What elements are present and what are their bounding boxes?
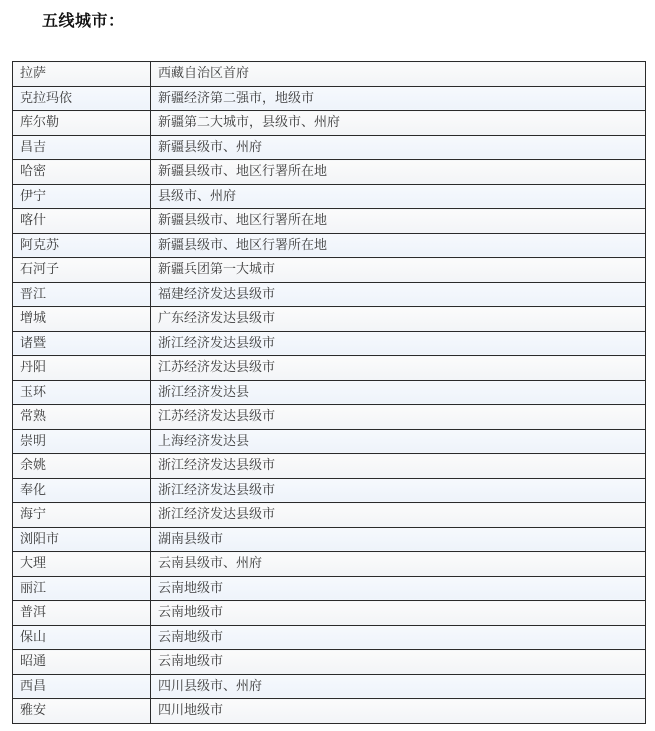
city-name-cell: 雅安: [13, 699, 151, 724]
city-description-cell: 浙江经济发达县级市: [151, 503, 646, 528]
city-description-cell: 四川地级市: [151, 699, 646, 724]
city-name-cell: 昭通: [13, 650, 151, 675]
table-row: 昭通云南地级市: [13, 650, 646, 675]
table-row: 石河子新疆兵团第一大城市: [13, 258, 646, 283]
city-name-cell: 阿克苏: [13, 233, 151, 258]
table-row: 海宁浙江经济发达县级市: [13, 503, 646, 528]
table-row: 玉环浙江经济发达县: [13, 380, 646, 405]
city-description-cell: 浙江经济发达县级市: [151, 478, 646, 503]
city-name-cell: 玉环: [13, 380, 151, 405]
city-description-cell: 西藏自治区首府: [151, 62, 646, 87]
table-row: 阿克苏新疆县级市、地区行署所在地: [13, 233, 646, 258]
city-name-cell: 石河子: [13, 258, 151, 283]
city-description-cell: 浙江经济发达县级市: [151, 454, 646, 479]
city-name-cell: 浏阳市: [13, 527, 151, 552]
city-name-cell: 普洱: [13, 601, 151, 626]
city-name-cell: 晋江: [13, 282, 151, 307]
city-description-cell: 上海经济发达县: [151, 429, 646, 454]
city-description-cell: 云南地级市: [151, 650, 646, 675]
table-row: 伊宁县级市、州府: [13, 184, 646, 209]
city-name-cell: 喀什: [13, 209, 151, 234]
city-description-cell: 四川县级市、州府: [151, 674, 646, 699]
table-row: 哈密新疆县级市、地区行署所在地: [13, 160, 646, 185]
table-row: 余姚浙江经济发达县级市: [13, 454, 646, 479]
table-row: 雅安四川地级市: [13, 699, 646, 724]
city-name-cell: 昌吉: [13, 135, 151, 160]
table-row: 西昌四川县级市、州府: [13, 674, 646, 699]
city-description-cell: 新疆县级市、地区行署所在地: [151, 209, 646, 234]
table-row: 崇明上海经济发达县: [13, 429, 646, 454]
city-description-cell: 浙江经济发达县: [151, 380, 646, 405]
city-name-cell: 诸暨: [13, 331, 151, 356]
page-title: 五线城市：: [42, 8, 125, 31]
table-row: 普洱云南地级市: [13, 601, 646, 626]
city-name-cell: 大理: [13, 552, 151, 577]
table-row: 浏阳市湖南县级市: [13, 527, 646, 552]
city-description-cell: 县级市、州府: [151, 184, 646, 209]
table-row: 大理云南县级市、州府: [13, 552, 646, 577]
city-name-cell: 库尔勒: [13, 111, 151, 136]
city-description-cell: 新疆第二大城市，县级市、州府: [151, 111, 646, 136]
city-description-cell: 云南地级市: [151, 625, 646, 650]
city-description-cell: 云南地级市: [151, 601, 646, 626]
city-description-cell: 新疆兵团第一大城市: [151, 258, 646, 283]
city-description-cell: 福建经济发达县级市: [151, 282, 646, 307]
city-name-cell: 拉萨: [13, 62, 151, 87]
city-description-cell: 新疆县级市、地区行署所在地: [151, 233, 646, 258]
table-row: 丹阳江苏经济发达县级市: [13, 356, 646, 381]
table-row: 拉萨西藏自治区首府: [13, 62, 646, 87]
city-description-cell: 新疆经济第二强市，地级市: [151, 86, 646, 111]
table-row: 常熟江苏经济发达县级市: [13, 405, 646, 430]
city-description-cell: 云南地级市: [151, 576, 646, 601]
city-name-cell: 丽江: [13, 576, 151, 601]
table-row: 晋江福建经济发达县级市: [13, 282, 646, 307]
city-name-cell: 哈密: [13, 160, 151, 185]
city-name-cell: 伊宁: [13, 184, 151, 209]
city-description-cell: 湖南县级市: [151, 527, 646, 552]
city-description-cell: 新疆县级市、州府: [151, 135, 646, 160]
city-description-cell: 江苏经济发达县级市: [151, 356, 646, 381]
city-name-cell: 增城: [13, 307, 151, 332]
city-name-cell: 常熟: [13, 405, 151, 430]
city-table: 拉萨西藏自治区首府克拉玛依新疆经济第二强市，地级市库尔勒新疆第二大城市，县级市、…: [12, 61, 646, 724]
city-description-cell: 云南县级市、州府: [151, 552, 646, 577]
city-description-cell: 浙江经济发达县级市: [151, 331, 646, 356]
table-row: 克拉玛依新疆经济第二强市，地级市: [13, 86, 646, 111]
city-name-cell: 余姚: [13, 454, 151, 479]
city-name-cell: 西昌: [13, 674, 151, 699]
city-name-cell: 海宁: [13, 503, 151, 528]
city-name-cell: 保山: [13, 625, 151, 650]
city-name-cell: 丹阳: [13, 356, 151, 381]
table-row: 保山云南地级市: [13, 625, 646, 650]
city-name-cell: 奉化: [13, 478, 151, 503]
table-row: 喀什新疆县级市、地区行署所在地: [13, 209, 646, 234]
table-row: 昌吉新疆县级市、州府: [13, 135, 646, 160]
city-name-cell: 克拉玛依: [13, 86, 151, 111]
table-row: 诸暨浙江经济发达县级市: [13, 331, 646, 356]
city-name-cell: 崇明: [13, 429, 151, 454]
table-row: 丽江云南地级市: [13, 576, 646, 601]
city-description-cell: 江苏经济发达县级市: [151, 405, 646, 430]
table-row: 库尔勒新疆第二大城市，县级市、州府: [13, 111, 646, 136]
table-row: 增城广东经济发达县级市: [13, 307, 646, 332]
city-description-cell: 新疆县级市、地区行署所在地: [151, 160, 646, 185]
city-description-cell: 广东经济发达县级市: [151, 307, 646, 332]
table-row: 奉化浙江经济发达县级市: [13, 478, 646, 503]
